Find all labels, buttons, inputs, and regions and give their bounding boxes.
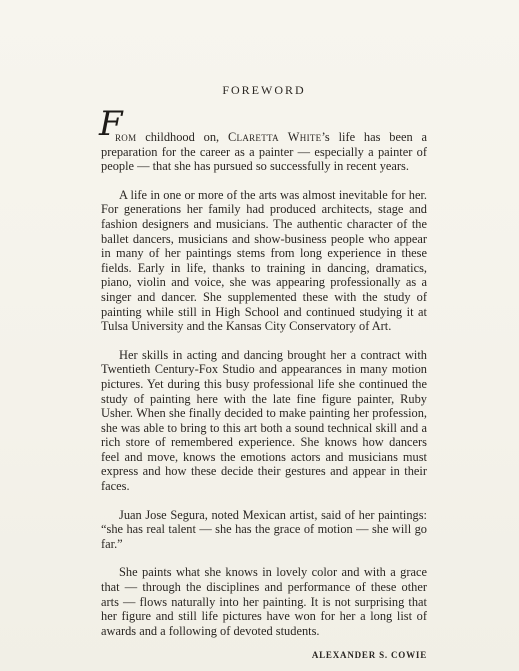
opening-paragraph: F rom childhood on, Claretta White’s lif… [101,108,427,174]
opening-text-before-name: childhood on, [136,130,228,144]
drop-cap-letter: F [99,107,123,141]
paragraph-closing: She paints what she knows in lovely colo… [101,565,427,638]
paragraph-arts-background: A life in one or more of the arts was al… [101,188,427,334]
artist-name: Claretta White [228,130,322,144]
paragraph-segura-quote: Juan Jose Segura, noted Mexican artist, … [101,508,427,552]
document-page: FOREWORD F rom childhood on, Claretta Wh… [0,0,519,671]
foreword-content: FOREWORD F rom childhood on, Claretta Wh… [101,83,427,660]
author-signature: ALEXANDER S. COWIE [101,650,427,660]
page-title: FOREWORD [101,83,427,98]
paragraph-career: Her skills in acting and dancing brought… [101,348,427,494]
